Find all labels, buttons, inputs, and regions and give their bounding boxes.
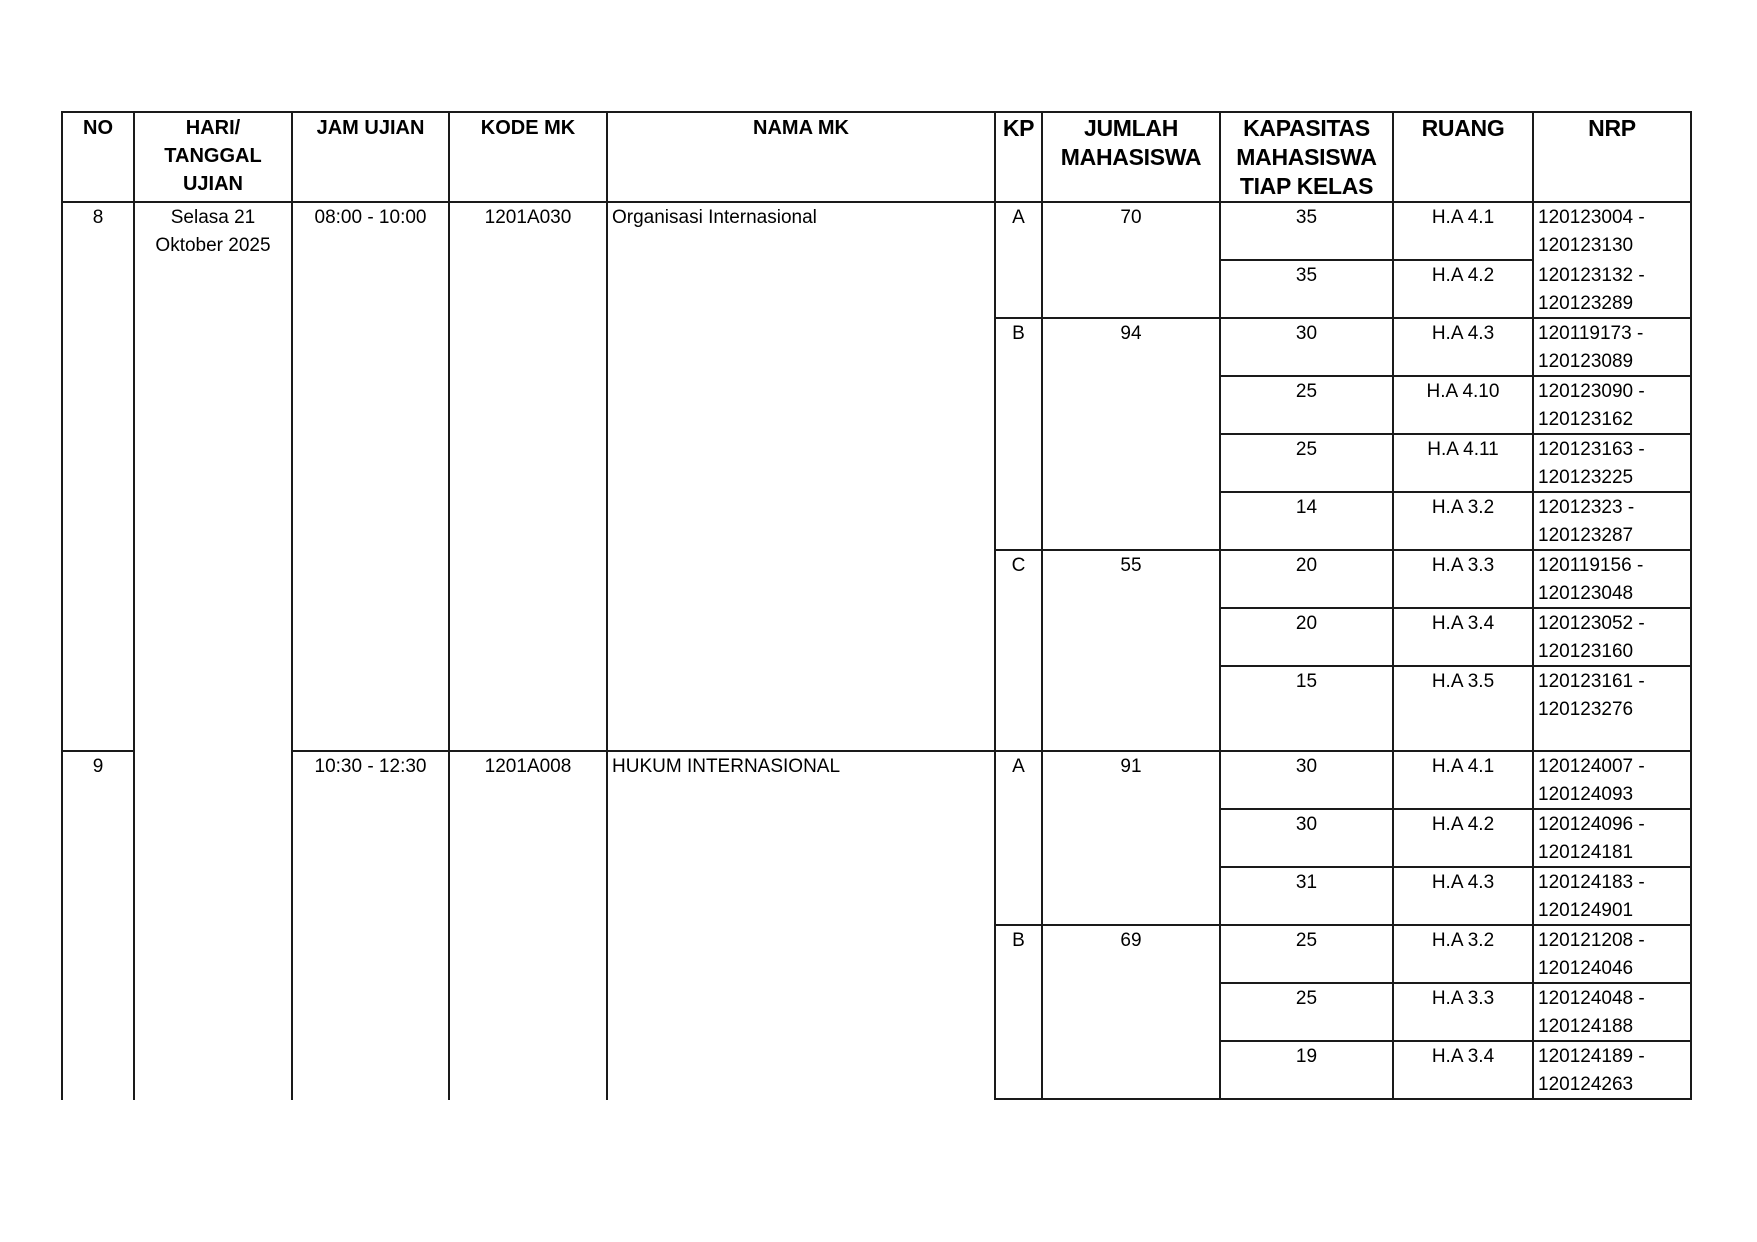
kp-cell: B xyxy=(995,925,1042,1099)
capacity-cell: 20 xyxy=(1220,608,1393,666)
room-cell: H.A 4.11 xyxy=(1393,434,1533,492)
room-cell: H.A 3.3 xyxy=(1393,983,1533,1041)
room-cell: H.A 3.2 xyxy=(1393,492,1533,550)
row-number-cell: 8 xyxy=(62,202,134,751)
room-cell: H.A 4.1 xyxy=(1393,751,1533,809)
table-gridline xyxy=(291,111,293,1100)
capacity-cell: 31 xyxy=(1220,867,1393,925)
course-name-cell: HUKUM INTERNASIONAL xyxy=(607,751,995,1099)
table-gridline xyxy=(1532,111,1534,1100)
kp-cell: C xyxy=(995,550,1042,751)
header-nama: NAMA MK xyxy=(607,112,995,202)
kp-cell: A xyxy=(995,751,1042,925)
kp-cell: A xyxy=(995,202,1042,318)
room-cell: H.A 3.4 xyxy=(1393,1041,1533,1099)
capacity-cell: 25 xyxy=(1220,983,1393,1041)
nrp-cell: 120124189 - 120124263 xyxy=(1533,1041,1691,1099)
room-cell: H.A 3.3 xyxy=(1393,550,1533,608)
table-gridline xyxy=(61,111,1692,113)
capacity-cell: 35 xyxy=(1220,202,1393,260)
table-gridline xyxy=(606,111,608,1100)
capacity-cell: 30 xyxy=(1220,809,1393,867)
nrp-cell: 120119173 - 120123089 xyxy=(1533,318,1691,376)
student-count-cell: 69 xyxy=(1042,925,1220,1099)
room-cell: H.A 4.1 xyxy=(1393,202,1533,260)
nrp-cell: 120124096 - 120124181 xyxy=(1533,809,1691,867)
nrp-cell: 120123132 - 120123289 xyxy=(1533,260,1691,318)
exam-time-cell: 10:30 - 12:30 xyxy=(292,751,449,1099)
room-cell: H.A 4.3 xyxy=(1393,318,1533,376)
nrp-cell: 120123004 - 120123130 xyxy=(1533,202,1691,260)
table-gridline xyxy=(133,111,135,1100)
nrp-cell: 120123052 - 120123160 xyxy=(1533,608,1691,666)
header-no: NO xyxy=(62,112,134,202)
room-cell: H.A 4.3 xyxy=(1393,867,1533,925)
capacity-cell: 20 xyxy=(1220,550,1393,608)
capacity-cell: 15 xyxy=(1220,666,1393,751)
course-code-cell: 1201A030 xyxy=(449,202,607,751)
capacity-cell: 14 xyxy=(1220,492,1393,550)
room-cell: H.A 4.10 xyxy=(1393,376,1533,434)
course-name-cell: Organisasi Internasional xyxy=(607,202,995,751)
capacity-cell: 25 xyxy=(1220,434,1393,492)
capacity-cell: 19 xyxy=(1220,1041,1393,1099)
header-ruang: RUANG xyxy=(1393,112,1533,202)
student-count-cell: 91 xyxy=(1042,751,1220,925)
student-count-cell: 70 xyxy=(1042,202,1220,318)
row-number-cell: 9 xyxy=(62,751,134,1099)
capacity-cell: 25 xyxy=(1220,925,1393,983)
table-gridline xyxy=(1690,111,1692,1100)
nrp-cell: 120124007 - 120124093 xyxy=(1533,751,1691,809)
room-cell: H.A 4.2 xyxy=(1393,260,1533,318)
nrp-cell: 120124183 - 120124901 xyxy=(1533,867,1691,925)
kp-cell: B xyxy=(995,318,1042,550)
exam-date-cell: Selasa 21 Oktober 2025 xyxy=(134,202,292,1099)
nrp-cell: 120121208 - 120124046 xyxy=(1533,925,1691,983)
room-cell: H.A 3.4 xyxy=(1393,608,1533,666)
table-gridline xyxy=(994,1098,1692,1100)
nrp-cell: 120123163 - 120123225 xyxy=(1533,434,1691,492)
nrp-cell: 120124048 - 120124188 xyxy=(1533,983,1691,1041)
capacity-cell: 25 xyxy=(1220,376,1393,434)
exam-schedule-table: NOHARI/ TANGGAL UJIANJAM UJIANKODE MKNAM… xyxy=(0,0,1757,1242)
room-cell: H.A 3.5 xyxy=(1393,666,1533,751)
course-code-cell: 1201A008 xyxy=(449,751,607,1099)
capacity-cell: 35 xyxy=(1220,260,1393,318)
header-hari: HARI/ TANGGAL UJIAN xyxy=(134,112,292,202)
nrp-cell: 120119156 - 120123048 xyxy=(1533,550,1691,608)
table-gridline xyxy=(448,111,450,1100)
header-nrp: NRP xyxy=(1533,112,1691,202)
header-jumlah: JUMLAH MAHASISWA xyxy=(1042,112,1220,202)
nrp-cell: 120123090 - 120123162 xyxy=(1533,376,1691,434)
capacity-cell: 30 xyxy=(1220,751,1393,809)
header-kapasitas: KAPASITAS MAHASISWA TIAP KELAS xyxy=(1220,112,1393,202)
exam-time-cell: 08:00 - 10:00 xyxy=(292,202,449,751)
table-gridline xyxy=(1392,111,1394,1100)
room-cell: H.A 3.2 xyxy=(1393,925,1533,983)
table-gridline xyxy=(994,111,996,1100)
table-gridline xyxy=(61,111,63,1100)
nrp-cell: 12012323 - 120123287 xyxy=(1533,492,1691,550)
student-count-cell: 55 xyxy=(1042,550,1220,751)
table-gridline xyxy=(1041,111,1043,1100)
capacity-cell: 30 xyxy=(1220,318,1393,376)
header-kp: KP xyxy=(995,112,1042,202)
room-cell: H.A 4.2 xyxy=(1393,809,1533,867)
nrp-cell: 120123161 - 120123276 xyxy=(1533,666,1691,751)
student-count-cell: 94 xyxy=(1042,318,1220,550)
header-kode: KODE MK xyxy=(449,112,607,202)
header-jam: JAM UJIAN xyxy=(292,112,449,202)
table-gridline xyxy=(1219,111,1221,1100)
